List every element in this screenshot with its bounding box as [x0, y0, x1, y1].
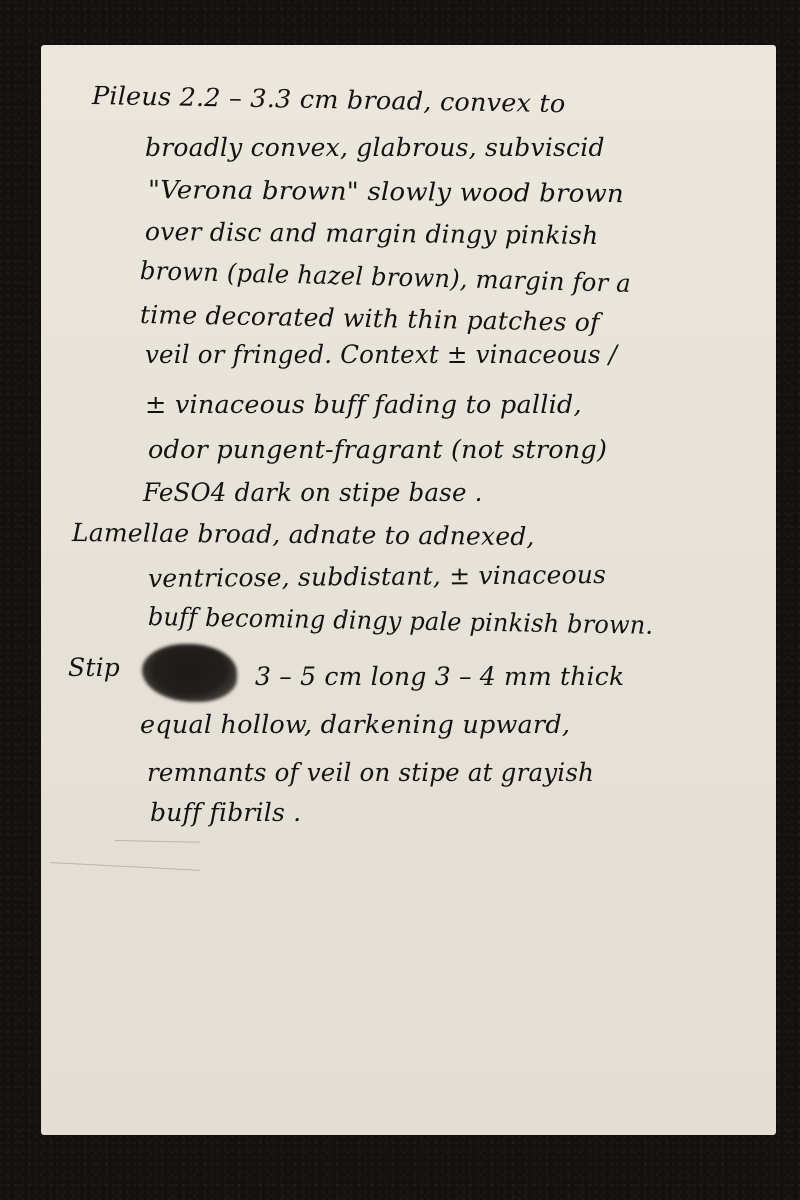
- pileus-line-8: ± vinaceous buff fading to pallid,: [145, 392, 582, 417]
- lamellae-line-1: Lamellae broad, adnate to adnexed,: [72, 520, 535, 549]
- stipe-line-1: 3 – 5 cm long 3 – 4 mm thick: [255, 664, 624, 689]
- stipe-line-2: equal hollow, darkening upward,: [140, 712, 570, 737]
- pileus-line-4: over disc and margin dingy pinkish: [145, 219, 599, 248]
- stipe-line-4: buff fibrils .: [150, 800, 301, 825]
- pileus-line-6: time decorated with thin patches of: [140, 302, 600, 335]
- pileus-line-7: veil or fringed. Context ± vinaceous /: [145, 342, 617, 367]
- pileus-line-10: FeSO4 dark on stipe base .: [143, 480, 483, 505]
- pileus-line-9: odor pungent-fragrant (not strong): [148, 437, 607, 462]
- lamellae-line-2: ventricose, subdistant, ± vinaceous: [148, 562, 606, 591]
- stipe-line-3: remnants of veil on stipe at grayish: [147, 760, 594, 785]
- pileus-line-3: "Verona brown" slowly wood brown: [148, 177, 624, 206]
- stipe-label: Stip: [68, 655, 120, 680]
- pileus-line-2: broadly convex, glabrous, subviscid: [145, 135, 605, 160]
